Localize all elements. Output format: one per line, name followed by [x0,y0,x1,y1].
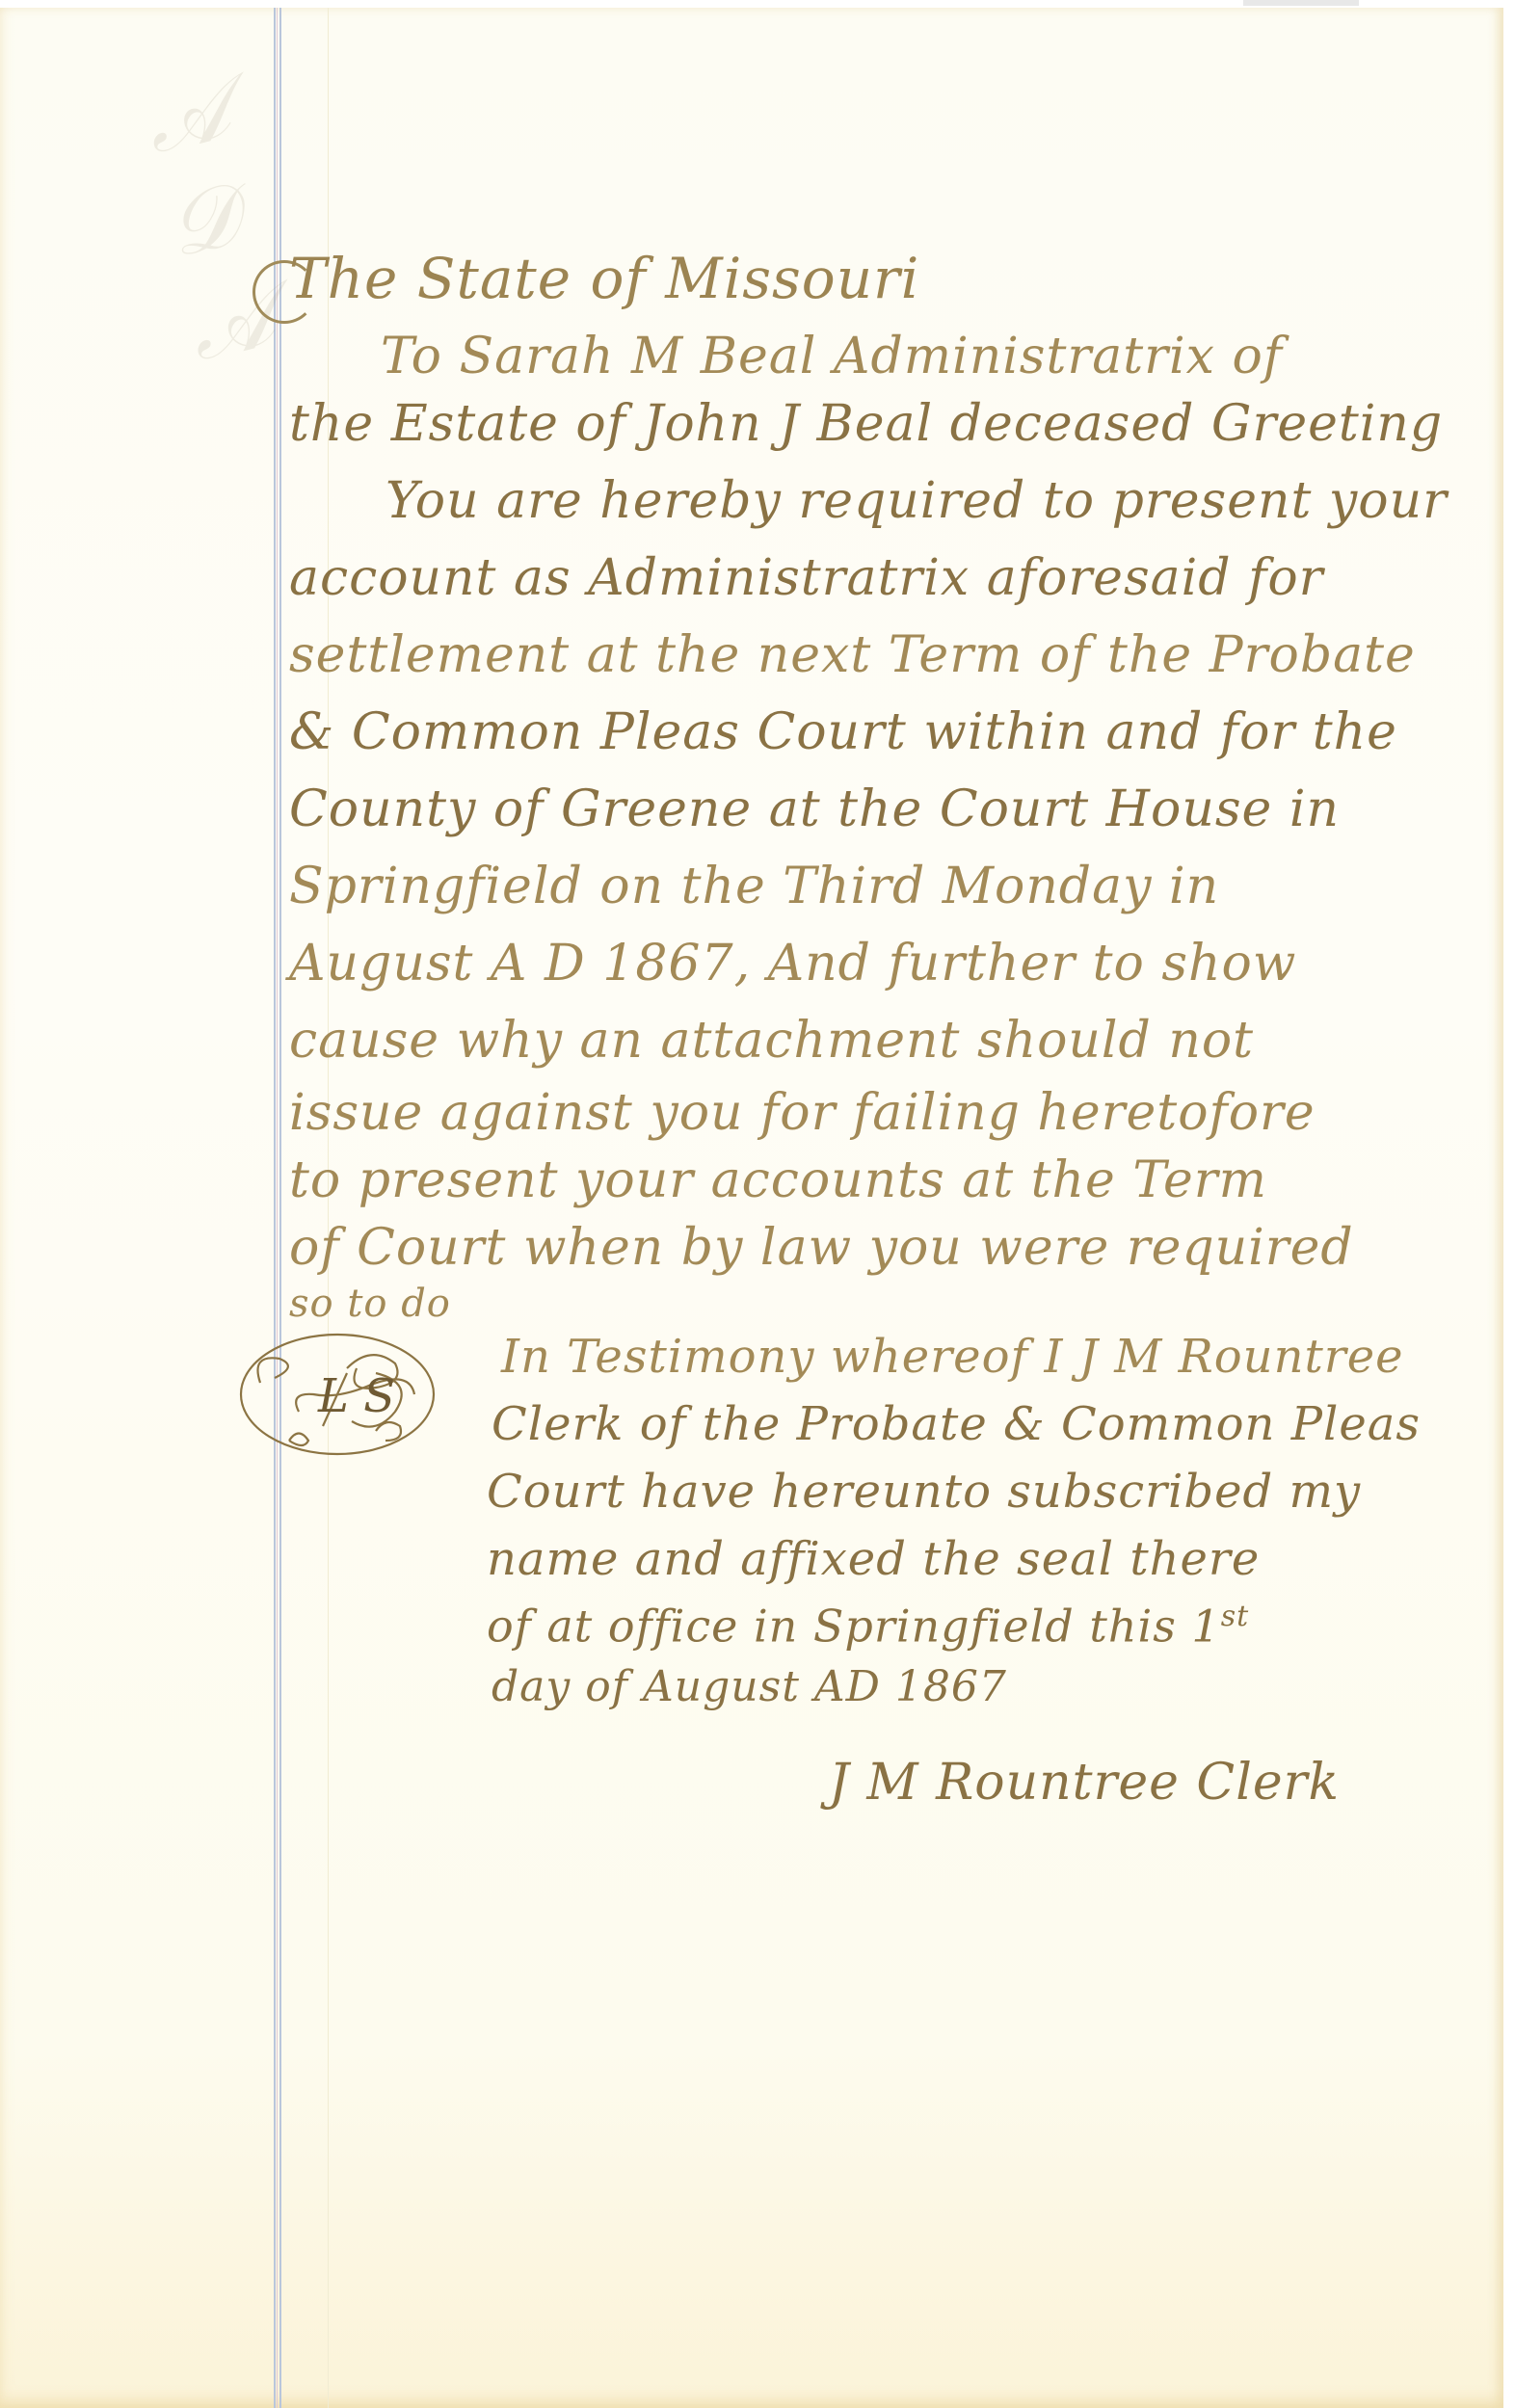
testimony-line-3: Court have hereunto subscribed my [487,1465,1361,1519]
testimony-line-5: of at office in Springfield this 1st [487,1600,1249,1652]
body-line-2: the Estate of John J Beal deceased Greet… [289,395,1443,453]
clerk-signature: J M Rountree Clerk [829,1754,1340,1812]
body-line-13: of Court when by law you were required [289,1219,1354,1277]
scroll-seal-icon: L S [231,1315,453,1469]
document-heading: The State of Missouri [289,246,919,311]
testimony-line-1: In Testimony whereof I J M Rountree [501,1330,1404,1384]
handwritten-text: The State of Missouri To Sarah M Beal Ad… [0,0,1515,2408]
body-line-12: to present your accounts at the Term [289,1151,1267,1209]
date-superscript: st [1221,1600,1249,1633]
testimony-line-2: Clerk of the Probate & Common Pleas [492,1397,1421,1451]
body-line-6: & Common Pleas Court within and for the [289,703,1397,761]
body-line-5: settlement at the next Term of the Proba… [289,626,1416,684]
body-line-9: August A D 1867, And further to show [289,935,1296,992]
body-line-8: Springfield on the Third Monday in [289,858,1219,915]
testimony-line-6: day of August AD 1867 [492,1662,1007,1711]
body-line-11: issue against you for failing heretofore [289,1084,1316,1142]
seal-initials: L S [317,1369,395,1423]
testimony-line-4: name and affixed the seal there [487,1532,1260,1586]
body-line-1: To Sarah M Beal Administratrix of [381,328,1283,385]
body-line-7: County of Greene at the Court House in [289,781,1340,838]
body-line-3: You are hereby required to present your [385,472,1448,530]
body-line-4: account as Administratrix aforesaid for [289,549,1324,607]
body-line-10: cause why an attachment should not [289,1012,1254,1070]
